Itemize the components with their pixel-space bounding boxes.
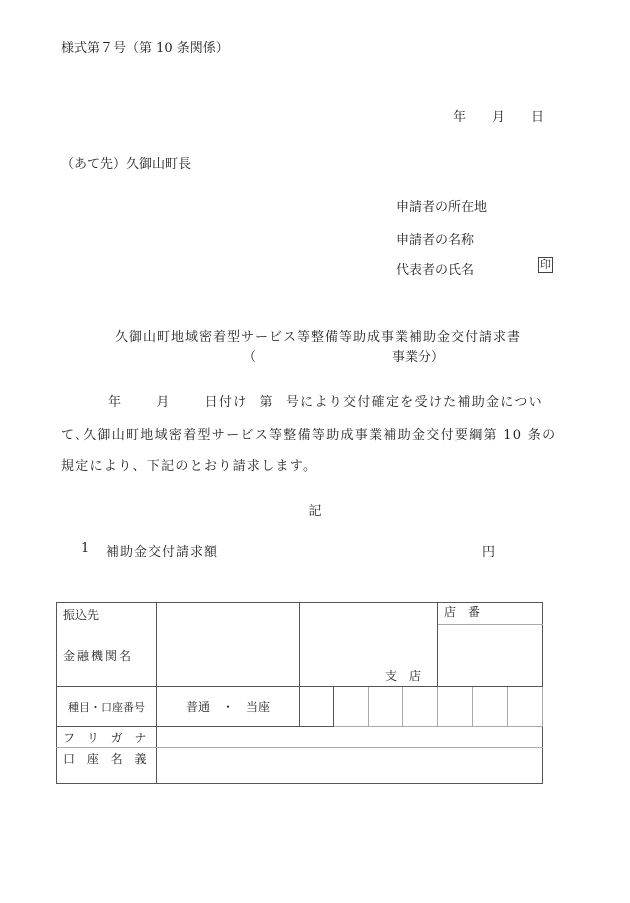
body-line-3: 規定により、下記のとおり請求します。 [61,455,317,474]
account-number-digit-7[interactable] [508,687,543,727]
furigana-label-cell: フ リ ガ ナ [57,727,157,748]
branch-label: 支 店 [385,669,421,683]
body-line-1-rest: 号により交付確定を受けた補助金につい [286,391,543,410]
date-year[interactable]: 年 [453,106,466,125]
bank-name-label-cell: 振込先 金融機関名 [57,603,157,687]
account-number-digit-3[interactable] [369,687,403,727]
branch-no-label: 店 番 [444,605,480,619]
seal-icon: 印 [538,257,553,273]
account-number-digit-5[interactable] [438,687,473,727]
representative-name-label: 代表者の氏名 [396,259,474,278]
title-project-suffix: 事業分） [392,346,444,365]
date-line: 年月日 [453,106,544,125]
account-number-digit-1[interactable] [300,687,334,727]
branch-name-input[interactable]: 支 店 [300,603,438,687]
addressee: （あて先）久御山町長 [61,153,191,172]
item-1-unit: 円 [482,541,495,560]
account-holder-label: 口 座 名 義 [63,752,150,766]
branch-no-label-cell: 店 番 [438,603,543,625]
furigana-label: フ リ ガ ナ [63,731,150,745]
bank-name-input[interactable] [157,603,300,687]
account-type-options: 普通 ・ 当座 [186,700,270,714]
date-month[interactable]: 月 [492,106,505,125]
branch-no-input[interactable] [438,625,543,687]
body-number-prefix: 第 [260,391,274,410]
body-year: 年 [108,391,122,410]
account-number-digit-2[interactable] [334,687,369,727]
title-project-open-paren: （ [243,346,256,365]
body-line-2: て､久御山町地域密着型サービス等整備等助成事業補助金交付要綱第 10 条の [61,424,556,443]
bank-transfer-table: 振込先 金融機関名 支 店 店 番 種目・口座番号 普通 ・ 当座 フ リ ガ … [56,602,543,784]
account-type-label: 種目・口座番号 [68,701,145,714]
body-month: 月 [156,391,170,410]
account-type-label-cell: 種目・口座番号 [57,687,157,727]
body-line-1: 年月日付け第号により交付確定を受けた補助金につい [108,391,543,410]
transfer-label: 振込先 [63,603,156,623]
account-number-digit-6[interactable] [473,687,508,727]
account-holder-label-cell: 口 座 名 義 [57,748,157,784]
date-day[interactable]: 日 [531,106,544,125]
form-number: 様式第７号（第 10 条関係） [61,37,229,56]
bank-name-label: 金融機関名 [63,623,156,664]
item-1-label: 補助金交付請求額 [106,541,218,560]
account-number-digit-4[interactable] [403,687,438,727]
account-type-select[interactable]: 普通 ・ 当座 [157,687,300,727]
document-title: 久御山町地域密着型サービス等整備等助成事業補助金交付請求書 [0,326,630,345]
account-holder-input[interactable] [157,748,543,784]
applicant-address-label: 申請者の所在地 [396,196,487,215]
item-1-number: 1 [81,541,89,556]
body-dated: 日付け [205,391,248,410]
ki-heading: 記 [0,500,630,519]
applicant-name-label: 申請者の名称 [396,229,474,248]
furigana-input[interactable] [157,727,543,748]
